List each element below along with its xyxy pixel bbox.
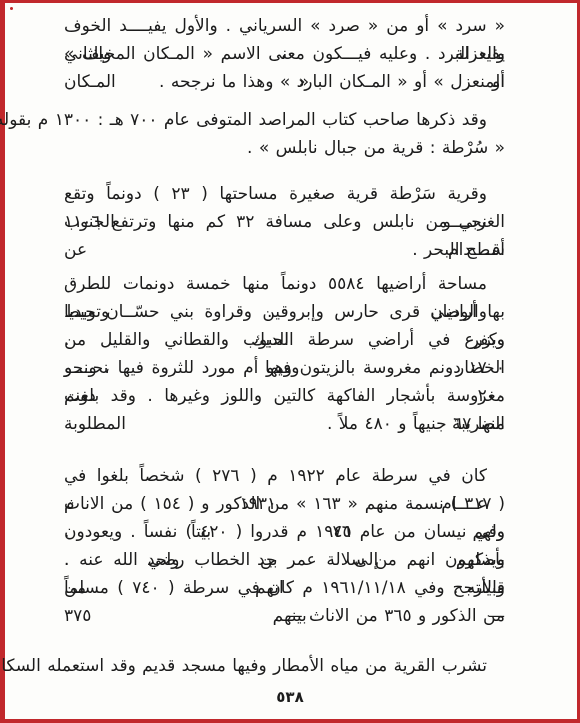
text-line: « سرد » أو من « صرد » السرياني . والأول … (64, 12, 505, 40)
text-line: يفيد البرد . وعليه فيـــكون معنى الاسم «… (64, 40, 505, 68)
paragraph-lands-crops: مساحة أراضيها ٥٥٨٤ دونماً منها خمسة دونم… (64, 270, 505, 438)
text-line: مساحة أراضيها ٥٥٨٤ دونماً منها خمسة دونم… (64, 270, 505, 298)
text-line: الغربي من نابلس وعلى مسافة ٣٢ كم منها وت… (64, 208, 505, 236)
scanned-book-page: « سرد » أو من « صرد » السرياني . والأول … (0, 0, 580, 723)
text-line: وقرية سَرْطة قرية صغيرة مساحتها ( ٢٣ ) د… (64, 180, 505, 208)
scan-speck (10, 7, 13, 10)
paragraph-population: كان في سرطة عام ١٩٢٢ م ( ٢٧٦ ) شخصاً بلغ… (64, 462, 505, 630)
text-line: ١٧٠٠ دونم مغروسة بالزيتون وهو أم مورد لل… (64, 354, 505, 382)
paragraph-water-mosque: تشرب القرية من مياه الأمطار وفيها مسجد ق… (64, 652, 505, 680)
text-line: وفي نيسان من عام ١٩٤٥ م قدروا ( ٤٢٠ ) نف… (64, 518, 505, 546)
paragraph-location: وقرية سَرْطة قرية صغيرة مساحتها ( ٢٣ ) د… (64, 180, 505, 264)
text-line: ( ٣١٧ ) نسمة منهم « ١٦٣ » من الذكور و ( … (64, 490, 505, 518)
text-line: تشرب القرية من مياه الأمطار وفيها مسجد ق… (64, 652, 505, 680)
text-line: وقد ذكرها صاحب كتاب المراصد المتوفى عام … (64, 106, 505, 134)
paragraph-marasid-quote: وقد ذكرها صاحب كتاب المراصد المتوفى عام … (64, 106, 505, 162)
text-line: بها أراضي قرى حارس وإبروقين وقراوة بني ح… (64, 298, 505, 326)
text-line: كان في سرطة عام ١٩٢٢ م ( ٢٧٦ ) شخصاً بلغ… (64, 462, 505, 490)
text-line: ويذكرون انهم من سلالة عمر بن الخطاب رضي … (64, 546, 505, 574)
text-line: « سُرْطة : قرية من جبال نابلس » . (64, 134, 505, 162)
text-line: ويزرع في أراضي سرطة الحبوب والقطاني والق… (64, 326, 505, 354)
text-line: قبيلته . وفي ١٩٦١/١١/١٨ م كان في سرطة ( … (64, 574, 505, 602)
paragraph-etymology: « سرد » أو من « صرد » السرياني . والأول … (64, 12, 505, 96)
text-line: مغروسة بأشجار الفاكهة كالتين واللوز وغير… (64, 382, 505, 410)
page-number: ٥٣٨ (0, 688, 580, 706)
page-text-column: « سرد » أو من « صرد » السرياني . والأول … (64, 12, 505, 680)
